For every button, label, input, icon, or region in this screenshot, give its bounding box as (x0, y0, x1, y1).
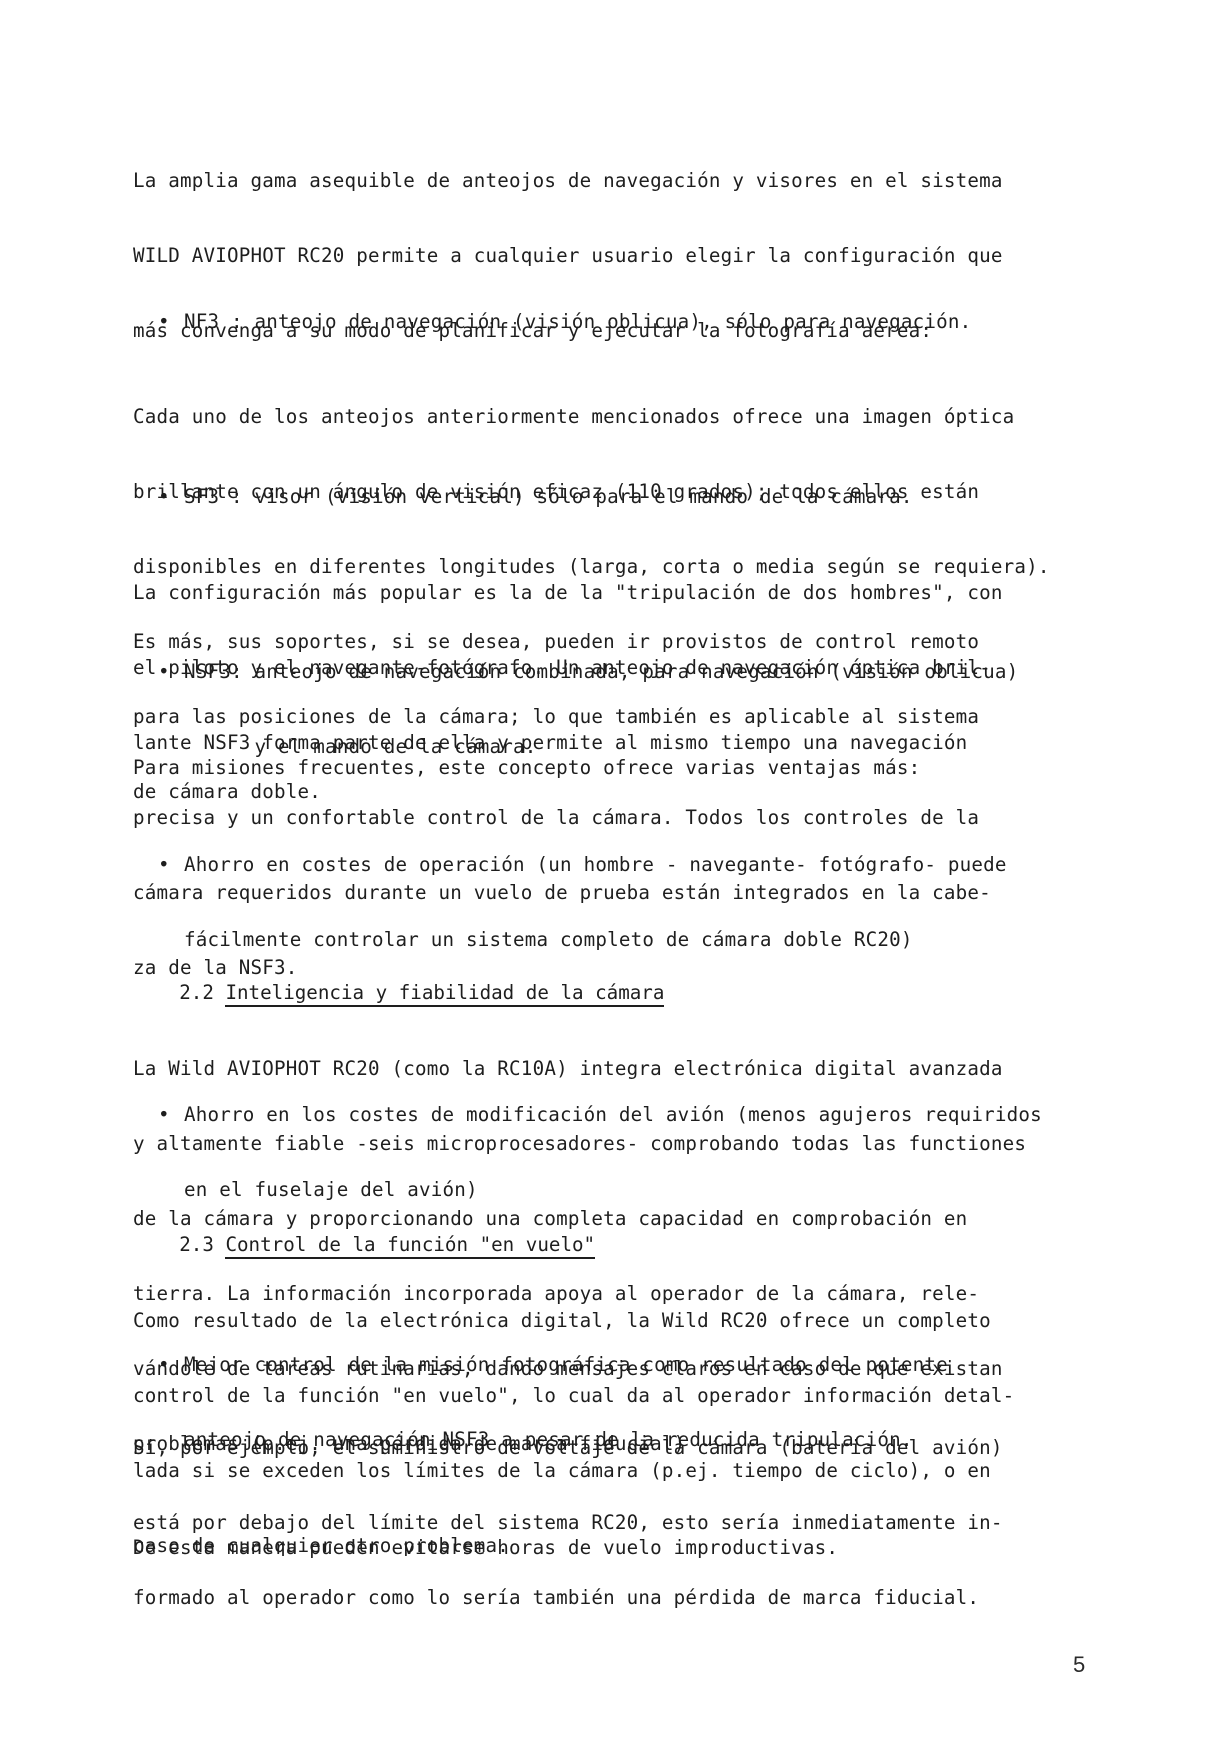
text-line: Cada uno de los anteojos anteriormente m… (133, 404, 1050, 429)
text-line: Si, por ejemplo, el suministro de voltaj… (133, 1435, 1003, 1460)
text-line: brillante con un ángulo de visión eficaz… (133, 479, 1050, 504)
text-line: La amplia gama asequible de anteojos de … (133, 168, 1003, 193)
bullet-icon: • (158, 309, 184, 334)
section-title: Control de la función "en vuelo" (225, 1233, 595, 1259)
text-line: De esta manera pueden evitarse horas de … (133, 1535, 838, 1560)
list-item-text: fácilmente controlar un sistema completo… (184, 928, 913, 951)
bullet-icon: • (158, 852, 184, 877)
section-2-3-paragraph-3: De esta manera pueden evitarse horas de … (133, 1485, 838, 1610)
section-title: Inteligencia y fiabilidad de la cámara (225, 981, 664, 1007)
list-item-text: NF3 : anteojo de navegación (visión obli… (184, 310, 971, 333)
text-line: y altamente fiable -seis microprocesador… (133, 1131, 1026, 1156)
document-page: La amplia gama asequible de anteojos de … (0, 0, 1232, 1750)
text-line: Como resultado de la electrónica digital… (133, 1308, 1014, 1333)
text-line: el piloto y el navegante-fotógrafo. Un a… (133, 655, 1003, 680)
text-line: La configuración más popular es la de la… (133, 580, 1003, 605)
page-number: 5 (1073, 1652, 1085, 1678)
section-number: 2.3 (179, 1233, 214, 1256)
list-item-text: Ahorro en costes de operación (un hombre… (184, 853, 1007, 876)
text-line: La Wild AVIOPHOT RC20 (como la RC10A) in… (133, 1056, 1026, 1081)
section-number: 2.2 (179, 981, 214, 1004)
